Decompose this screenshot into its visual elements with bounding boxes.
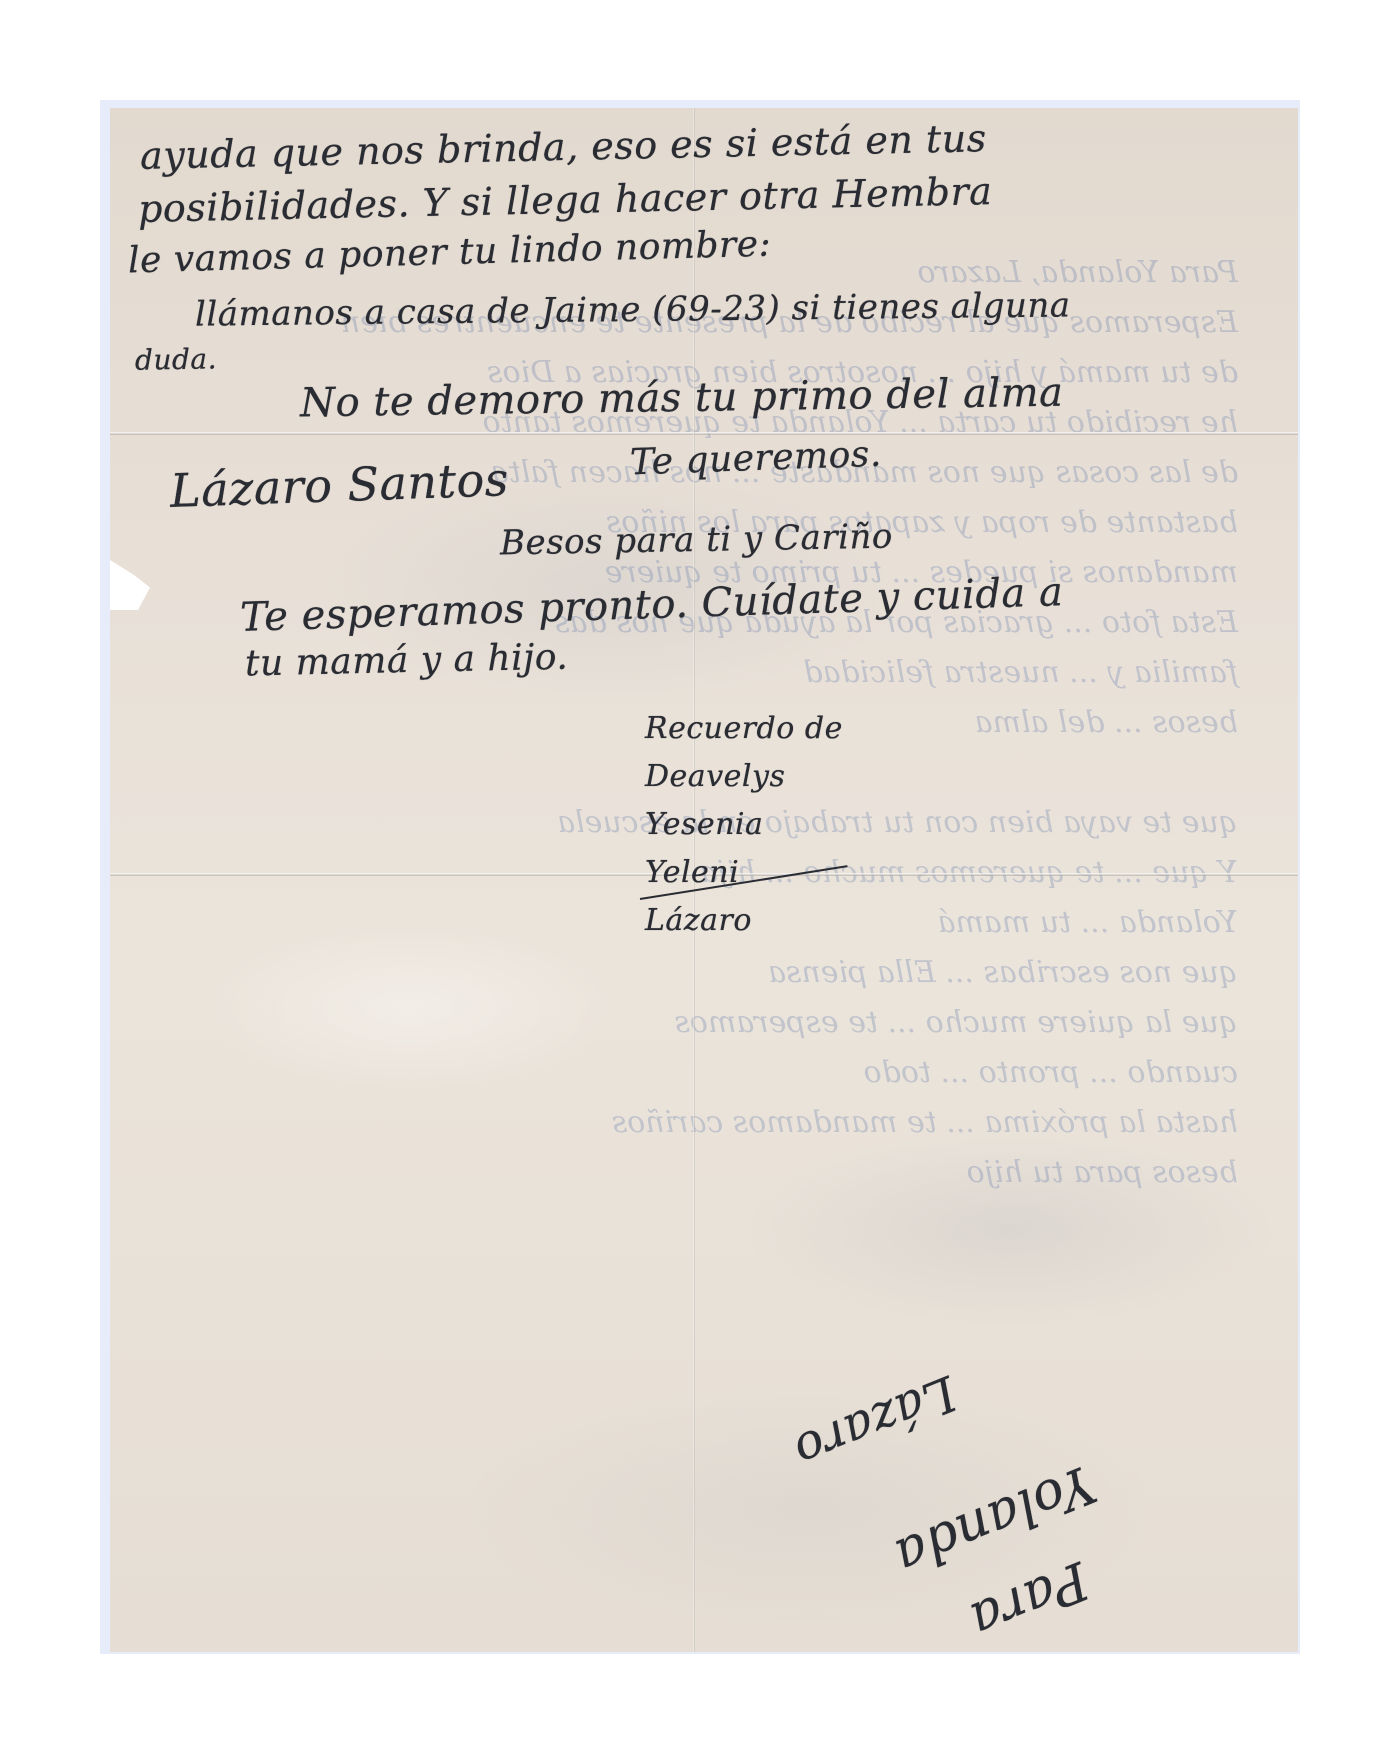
signature-block: Recuerdo de Deavelys Yesenia Yeleni Láza… bbox=[645, 705, 843, 945]
signature-line-5: Lázaro bbox=[645, 897, 843, 945]
note-line-para: Para bbox=[962, 1549, 1097, 1650]
fold-line-upper bbox=[110, 432, 1298, 435]
letter-line-5: duda. bbox=[135, 342, 218, 376]
upside-down-address-note: Para Yolanda Lázaro bbox=[730, 1310, 1110, 1640]
letter-line-10: tu mamá y a hijo. bbox=[245, 637, 569, 685]
signature-line-2: Deavelys bbox=[645, 753, 843, 801]
letter-line-besos: Besos para ti y Cariño bbox=[500, 517, 893, 564]
note-line-lazaro: Lázaro bbox=[786, 1364, 964, 1479]
signature-line-1: Recuerdo de bbox=[645, 705, 843, 753]
letter-line-te-queremos: Te queremos. bbox=[629, 434, 882, 484]
signature-line-4: Yeleni bbox=[645, 849, 843, 897]
signature-line-3: Yesenia bbox=[645, 801, 843, 849]
